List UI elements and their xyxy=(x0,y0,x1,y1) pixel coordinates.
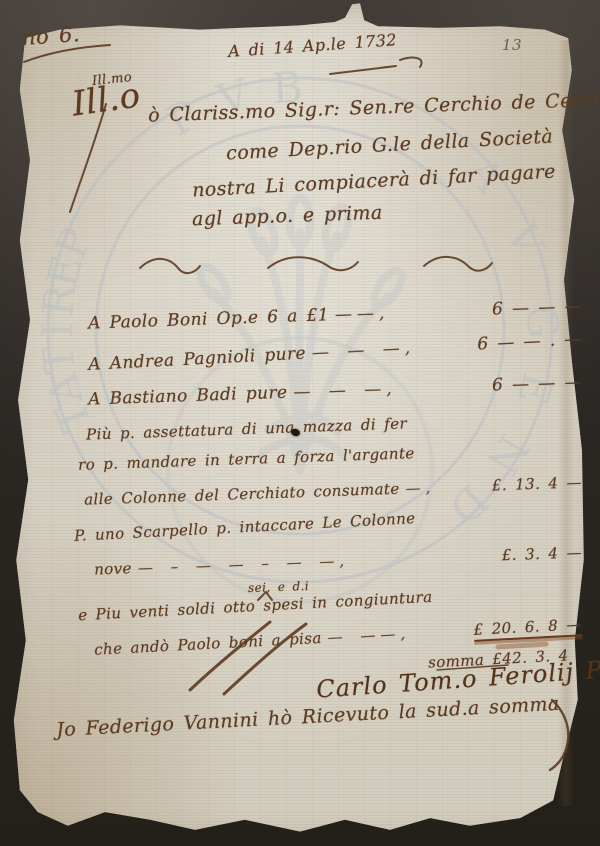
entry-text: nove xyxy=(94,559,132,578)
entry-amount: 6 — — — xyxy=(492,296,582,319)
interlinear-insertion: sei, e d.i xyxy=(248,579,309,595)
paper-fold-shadow xyxy=(558,40,574,806)
folio-annotation: no 6. xyxy=(21,22,80,50)
dash-leader: —, xyxy=(399,476,492,497)
entry-amount: 6 — — — xyxy=(492,372,582,395)
entry-amount: £. 13. 4 — xyxy=(492,473,583,494)
page-number: 13 xyxy=(502,36,522,54)
photo-background: PERITATPVBAVGEND no 6. A di 14 Ap.le 173… xyxy=(0,0,600,846)
entry-amount: £. 3. 4 — xyxy=(502,543,583,564)
